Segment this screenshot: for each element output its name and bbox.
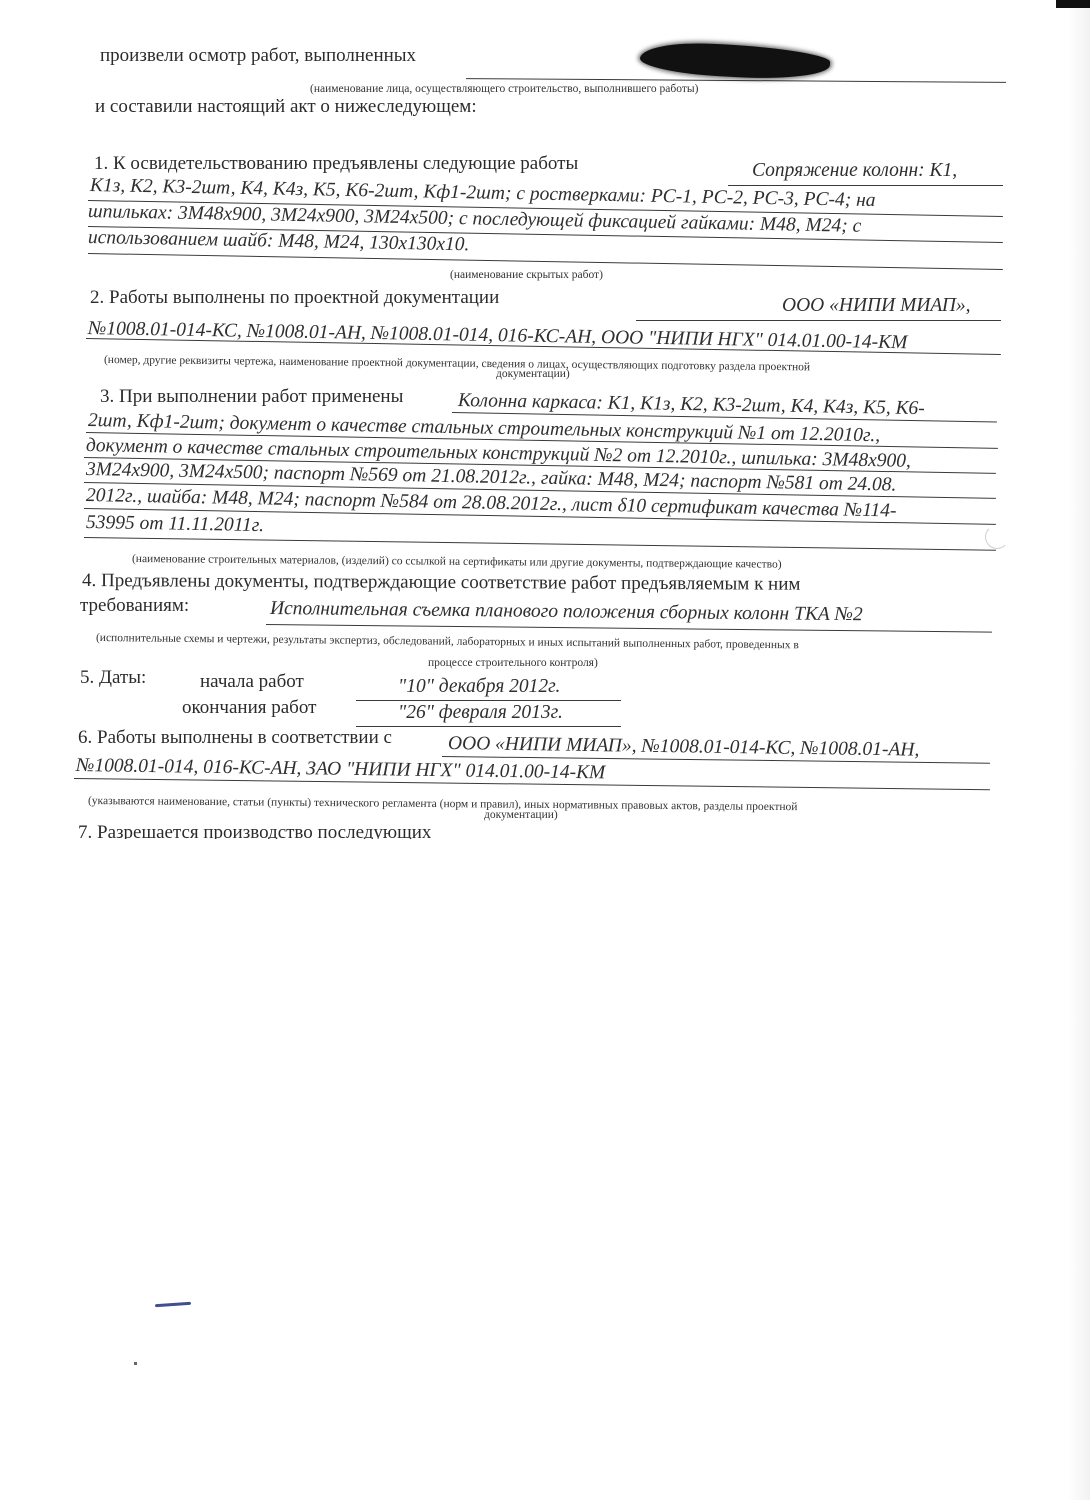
start-date-underline (356, 700, 621, 701)
section6-caption-1: (указываются наименование, статьи (пункт… (88, 795, 798, 813)
section5-label: 5. Даты: (80, 667, 146, 689)
page-edge-shadow (1068, 0, 1090, 1500)
section1-caption: (наименование скрытых работ) (450, 269, 603, 281)
intro-line2: и составили настоящий акт о нижеследующе… (95, 96, 477, 118)
section6-caption-2: документации) (484, 809, 558, 821)
end-date-label: окончания работ (182, 697, 316, 719)
section6-label: 6. Работы выполнены в соответствии с (78, 727, 392, 749)
scan-speck (134, 1362, 137, 1365)
section2-value-line-1: ООО «НИПИ МИАП», (782, 295, 971, 317)
section1-underline-1 (728, 185, 1003, 186)
section4-caption-1: (исполнительные схемы и чертежи, результ… (96, 632, 799, 651)
section2-value-line-2: №1008.01-014-КС, №1008.01-АН, №1008.01-0… (88, 318, 908, 354)
section3-caption: (наименование строительных материалов, (… (132, 553, 782, 571)
punch-hole-mark (985, 525, 1009, 549)
intro-label: произвели осмотр работ, выполненных (100, 45, 416, 67)
section4-underline (266, 624, 992, 633)
section1-label: 1. К освидетельствованию предъявлены сле… (94, 153, 578, 175)
end-date-underline (356, 726, 621, 727)
section3-underline-6 (84, 537, 996, 551)
section2-caption-2: документации) (496, 368, 570, 380)
end-date-value: "26" февраля 2013г. (398, 702, 563, 724)
section2-label: 2. Работы выполнены по проектной докумен… (90, 287, 499, 309)
scan-corner-artifact (1056, 0, 1090, 8)
redacted-contractor-name (639, 40, 830, 82)
section1-value-line-1: Сопряжение колонн: К1, (752, 160, 957, 182)
section3-value-line-6: 53995 от 11.11.2011г. (86, 512, 264, 537)
start-date-label: начала работ (200, 671, 304, 693)
start-date-value: "10" декабря 2012г. (398, 676, 560, 698)
section4-label-2: требованиям: (80, 595, 189, 617)
section3-label: 3. При выполнении работ применены (100, 386, 403, 408)
section2-underline-1 (636, 320, 1001, 321)
section1-underline-4 (88, 253, 1003, 270)
section4-value: Исполнительная съемка планового положени… (270, 598, 863, 626)
section7-label-cutoff: 7. Разрешается производство последующих (78, 822, 431, 839)
section2-caption-1: (номер, другие реквизиты чертежа, наимен… (104, 354, 810, 373)
pen-mark (155, 1302, 191, 1308)
section4-caption-2: процессе строительного контроля) (428, 657, 598, 669)
section4-label-1: 4. Предъявлены документы, подтверждающие… (82, 570, 801, 596)
intro-caption: (наименование лица, осуществляющего стро… (310, 83, 698, 95)
